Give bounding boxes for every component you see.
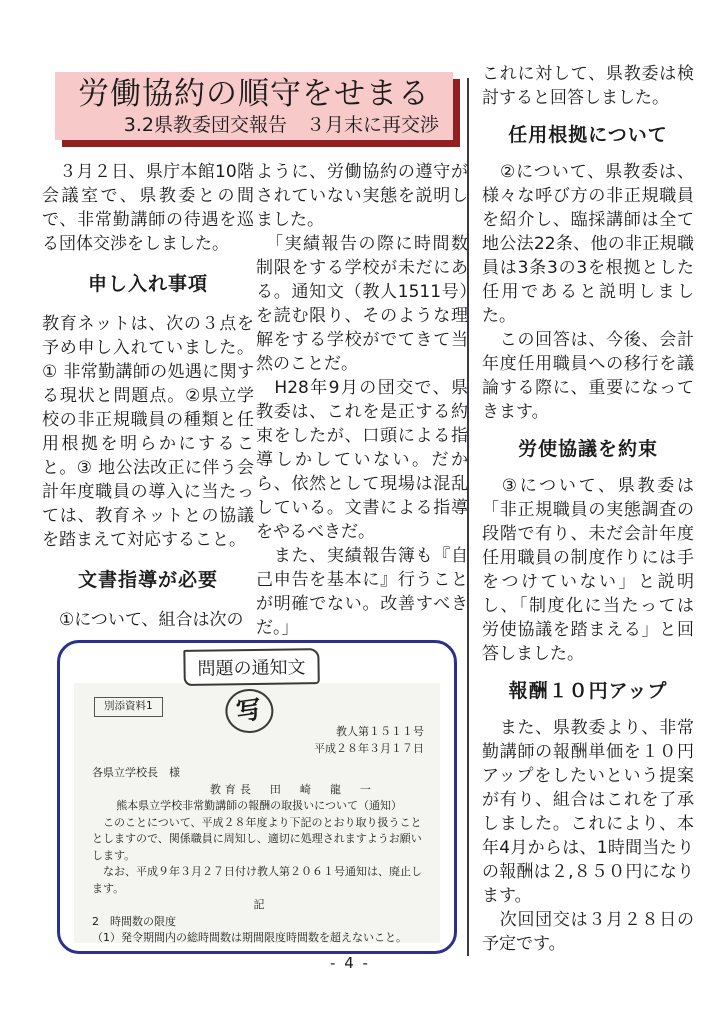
article-paragraph: これに対して、県教委は検討すると回答しました。 [482,62,694,110]
page-number: - 4 - [0,954,712,972]
notice-body: このことについて、平成２８年度より下記のとおり取り扱うこととしますので、関係職員… [92,815,426,865]
notice-record-mark: 記 [92,897,426,914]
notice-subject: 熊本県立学校非常勤講師の報酬の取扱いについて（通知） [92,798,426,815]
notice-recipient: 各県立学校長 様 [92,765,426,782]
article-paragraph: この回答は、今後、会計年度任用職員への移行を議論する際に、重要になってきます。 [482,328,694,424]
section-heading-ninyou: 任用根拠について [482,123,694,147]
notice-caption: 問題の通知文 [183,648,319,686]
notice-signer: 教育長 田 崎 龍 一 [92,782,426,799]
headline-banner: 労働協約の順守をせまる 3.2県教委団交報告 ３月末に再交渉 [55,72,453,140]
article-paragraph: ①について、組合は次の [42,608,254,632]
copy-stamp: 写 [225,689,273,733]
section-heading-houshuu: 報酬１０円アップ [482,679,694,703]
notice-header: 別添資料1 写 教人第１５１１号 平成２８年３月１７日 [92,691,426,765]
section-heading-roushi: 労使協議を約束 [482,437,694,461]
section-heading-moushiire: 申し入れ事項 [42,272,254,296]
headline-subtitle: 3.2県教委団交報告 ３月末に再交渉 [55,114,453,137]
notice-item: （1）発令期間内の総時間数は期間限度時間数を超えないこと。 [92,930,426,943]
headline-title: 労働協約の順守をせまる [55,72,453,114]
article-column-left: ３月２日、県庁本館10階会議室で、県教委との間で、非常勤講師の待遇を巡る団体交渉… [42,160,254,632]
document-number-block: 教人第１５１１号 平成２８年３月１７日 [314,723,424,757]
document-number: 教人第１５１１号 [314,723,424,740]
article-paragraph: 「実績報告の際に時間数制限をする学校が未だにある。通知文（教人1511号）を読む… [256,232,468,376]
article-paragraph: ②について、県教委は、様々な呼び方の非正規職員を紹介し、臨採講師は全て地公法22… [482,160,694,328]
article-paragraph: ③について、県教委は「非正規職員の実態調査の段階で有り、未だ会計年度任用職員の制… [482,474,694,666]
article-paragraph: また、実績報告簿も『自己申告を基本に』行うことが明確でない。改善すべきだ。」 [256,544,468,640]
article-paragraph: また、県教委より、非常勤講師の報酬単価を１０円アップをしたいという提案が有り、組… [482,716,694,908]
article-paragraph: ３月２日、県庁本館10階会議室で、県教委との間で、非常勤講師の待遇を巡る団体交渉… [42,160,254,256]
notice-body: なお、平成９年３月２７日付け教人第２０６１号通知は、廃止します。 [92,864,426,897]
article-column-middle: ように、労働協約の遵守がされていない実態を説明しました。 「実績報告の際に時間数… [256,160,468,640]
section-heading-bunsho: 文書指導が必要 [42,568,254,592]
article-column-right: これに対して、県教委は検討すると回答しました。 任用根拠について ②について、県… [482,62,694,956]
newsletter-page: 労働協約の順守をせまる 3.2県教委団交報告 ３月末に再交渉 ３月２日、県庁本館… [0,0,724,1024]
document-date: 平成２８年３月１７日 [314,740,424,757]
article-paragraph: 次回団交は３月２８日の予定です。 [482,908,694,956]
article-paragraph: H28年9月の団交で、県教委は、これを是正する約束をしたが、口頭による指導しかし… [256,376,468,544]
scanned-notice-document: 別添資料1 写 教人第１５１１号 平成２８年３月１７日 各県立学校長 様 教育長… [74,683,440,943]
notice-document-frame: 問題の通知文 別添資料1 写 教人第１５１１号 平成２８年３月１７日 各県立学校… [57,640,457,954]
article-paragraph: 教育ネットは、次の３点を予め申し入れていました。① 非常勤講師の処遇に関する現状… [42,312,254,552]
notice-section-title: 2 時間数の限度 [92,914,426,931]
article-paragraph: ように、労働協約の遵守がされていない実態を説明しました。 [256,160,468,232]
attachment-label: 別添資料1 [94,697,163,717]
